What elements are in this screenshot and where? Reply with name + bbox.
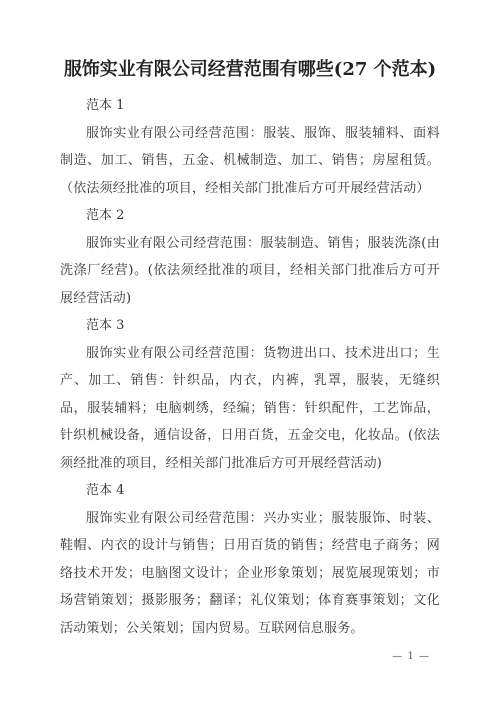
document-page: 服饰实业有限公司经营范围有哪些(27 个范本) 范本 1 服饰实业有限公司经营范… [0,0,500,707]
section-3-body: 服饰实业有限公司经营范围：货物进出口、技术进出口；生产、加工、销售：针织品，内衣… [60,340,440,478]
section-1-heading: 范本 1 [60,92,440,120]
section-4-heading: 范本 4 [60,477,440,505]
section-fanben-1: 范本 1 服饰实业有限公司经营范围：服装、服饰、服装辅料、面料制造、加工、销售，… [60,92,440,202]
section-fanben-2: 范本 2 服饰实业有限公司经营范围：服装制造、销售；服装洗涤(由洗涤厂经营)。(… [60,202,440,312]
section-2-body: 服饰实业有限公司经营范围：服装制造、销售；服装洗涤(由洗涤厂经营)。(依法须经批… [60,230,440,313]
section-2-heading: 范本 2 [60,202,440,230]
page-number: — 1 — [392,650,430,664]
section-4-body: 服饰实业有限公司经营范围：兴办实业；服装服饰、时装、鞋帽、内衣的设计与销售；日用… [60,505,440,643]
section-3-heading: 范本 3 [60,312,440,340]
page-title: 服饰实业有限公司经营范围有哪些(27 个范本) [60,52,440,88]
section-fanben-3: 范本 3 服饰实业有限公司经营范围：货物进出口、技术进出口；生产、加工、销售：针… [60,312,440,477]
section-fanben-4: 范本 4 服饰实业有限公司经营范围：兴办实业；服装服饰、时装、鞋帽、内衣的设计与… [60,477,440,642]
section-1-body: 服饰实业有限公司经营范围：服装、服饰、服装辅料、面料制造、加工、销售，五金、机械… [60,120,440,203]
